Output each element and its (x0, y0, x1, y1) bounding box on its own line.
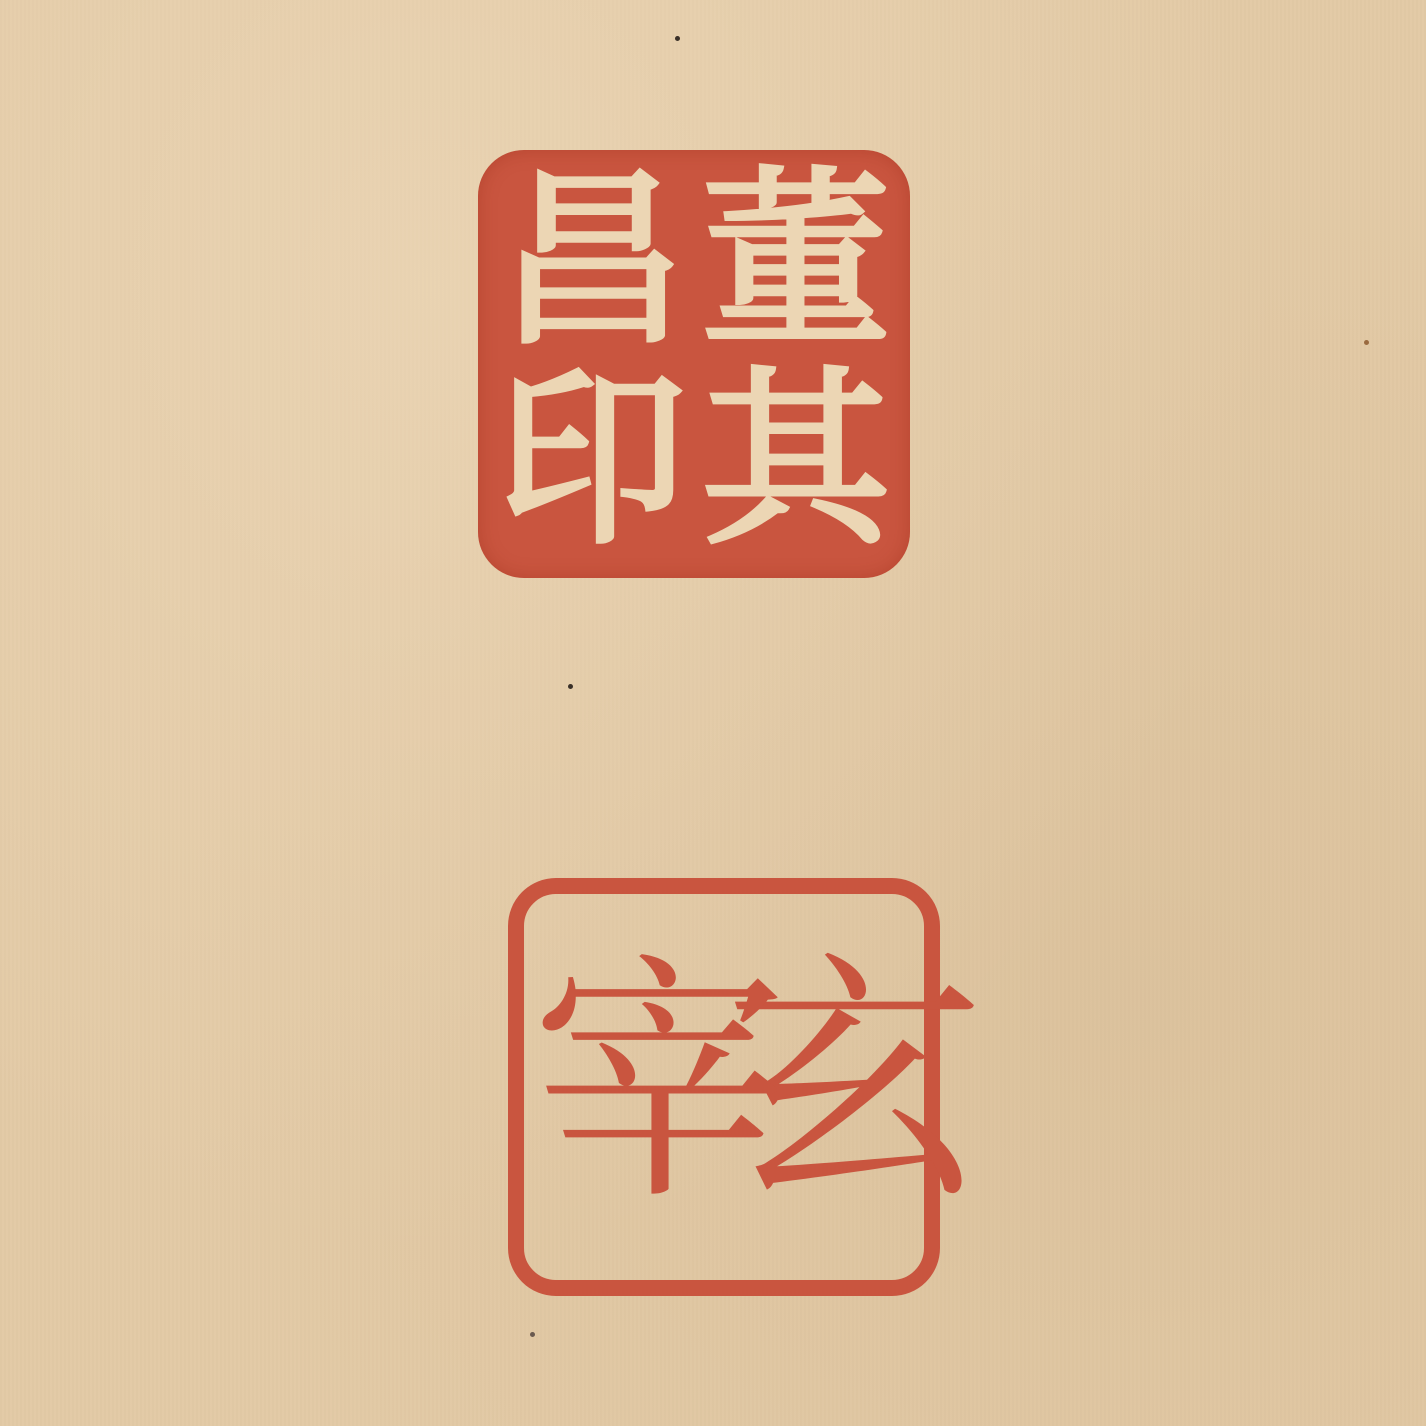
paper-speck (568, 684, 573, 689)
seal-char: 董 (696, 160, 896, 360)
seal-char: 宰 (530, 894, 730, 1274)
seal-char: 印 (492, 360, 692, 560)
paper-speck (1364, 340, 1369, 345)
paper-speck (530, 1332, 535, 1337)
seal-relief: 玄 宰 (508, 878, 940, 1296)
paper-speck (675, 36, 680, 41)
seal-char: 其 (696, 360, 896, 560)
seal-char: 昌 (492, 160, 692, 360)
seal-intaglio: 董 其 昌 印 (478, 150, 910, 578)
